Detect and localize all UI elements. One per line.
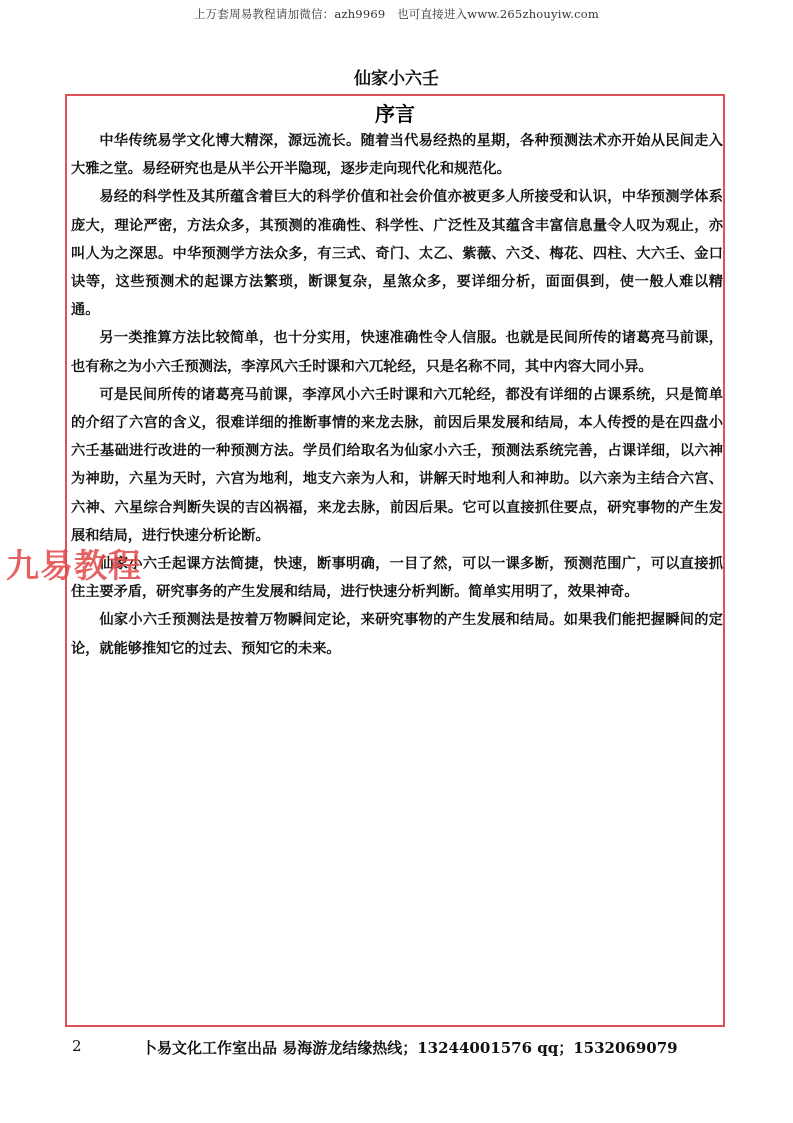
watermark-logo: 九易教程	[6, 540, 142, 587]
paragraph: 易经的科学性及其所蕴含着巨大的科学价值和社会价值亦被更多人所接受和认识，中华预测…	[71, 183, 723, 324]
paragraph: 中华传统易学文化博大精深，源远流长。随着当代易经热的星期，各种预测法术亦开始从民…	[71, 127, 723, 183]
preface-body: 中华传统易学文化博大精深，源远流长。随着当代易经热的星期，各种预测法术亦开始从民…	[71, 127, 723, 663]
section-title: 序言	[65, 98, 725, 127]
document-title: 仙家小六壬	[0, 64, 793, 89]
paragraph: 可是民间所传的诸葛亮马前课，李淳风小六壬时课和六兀轮经，都没有详细的占课系统，只…	[71, 381, 723, 550]
paragraph: 仙家小六壬预测法是按着万物瞬间定论，来研究事物的产生发展和结局。如果我们能把握瞬…	[71, 606, 723, 662]
top-promo-note: 上万套周易教程请加微信：azh9969 也可直接进入www.265zhouyiw…	[0, 6, 793, 22]
page-number: 2	[72, 1037, 82, 1055]
footer-credits: 卜易文化工作室出品 易海游龙结缘热线；13244001576 qq；153206…	[142, 1037, 678, 1058]
paragraph: 仙家小六壬起课方法简捷，快速，断事明确，一目了然，可以一课多断，预测范围广，可以…	[71, 550, 723, 606]
paragraph: 另一类推算方法比较简单，也十分实用，快速准确性令人信服。也就是民间所传的诸葛亮马…	[71, 324, 723, 380]
